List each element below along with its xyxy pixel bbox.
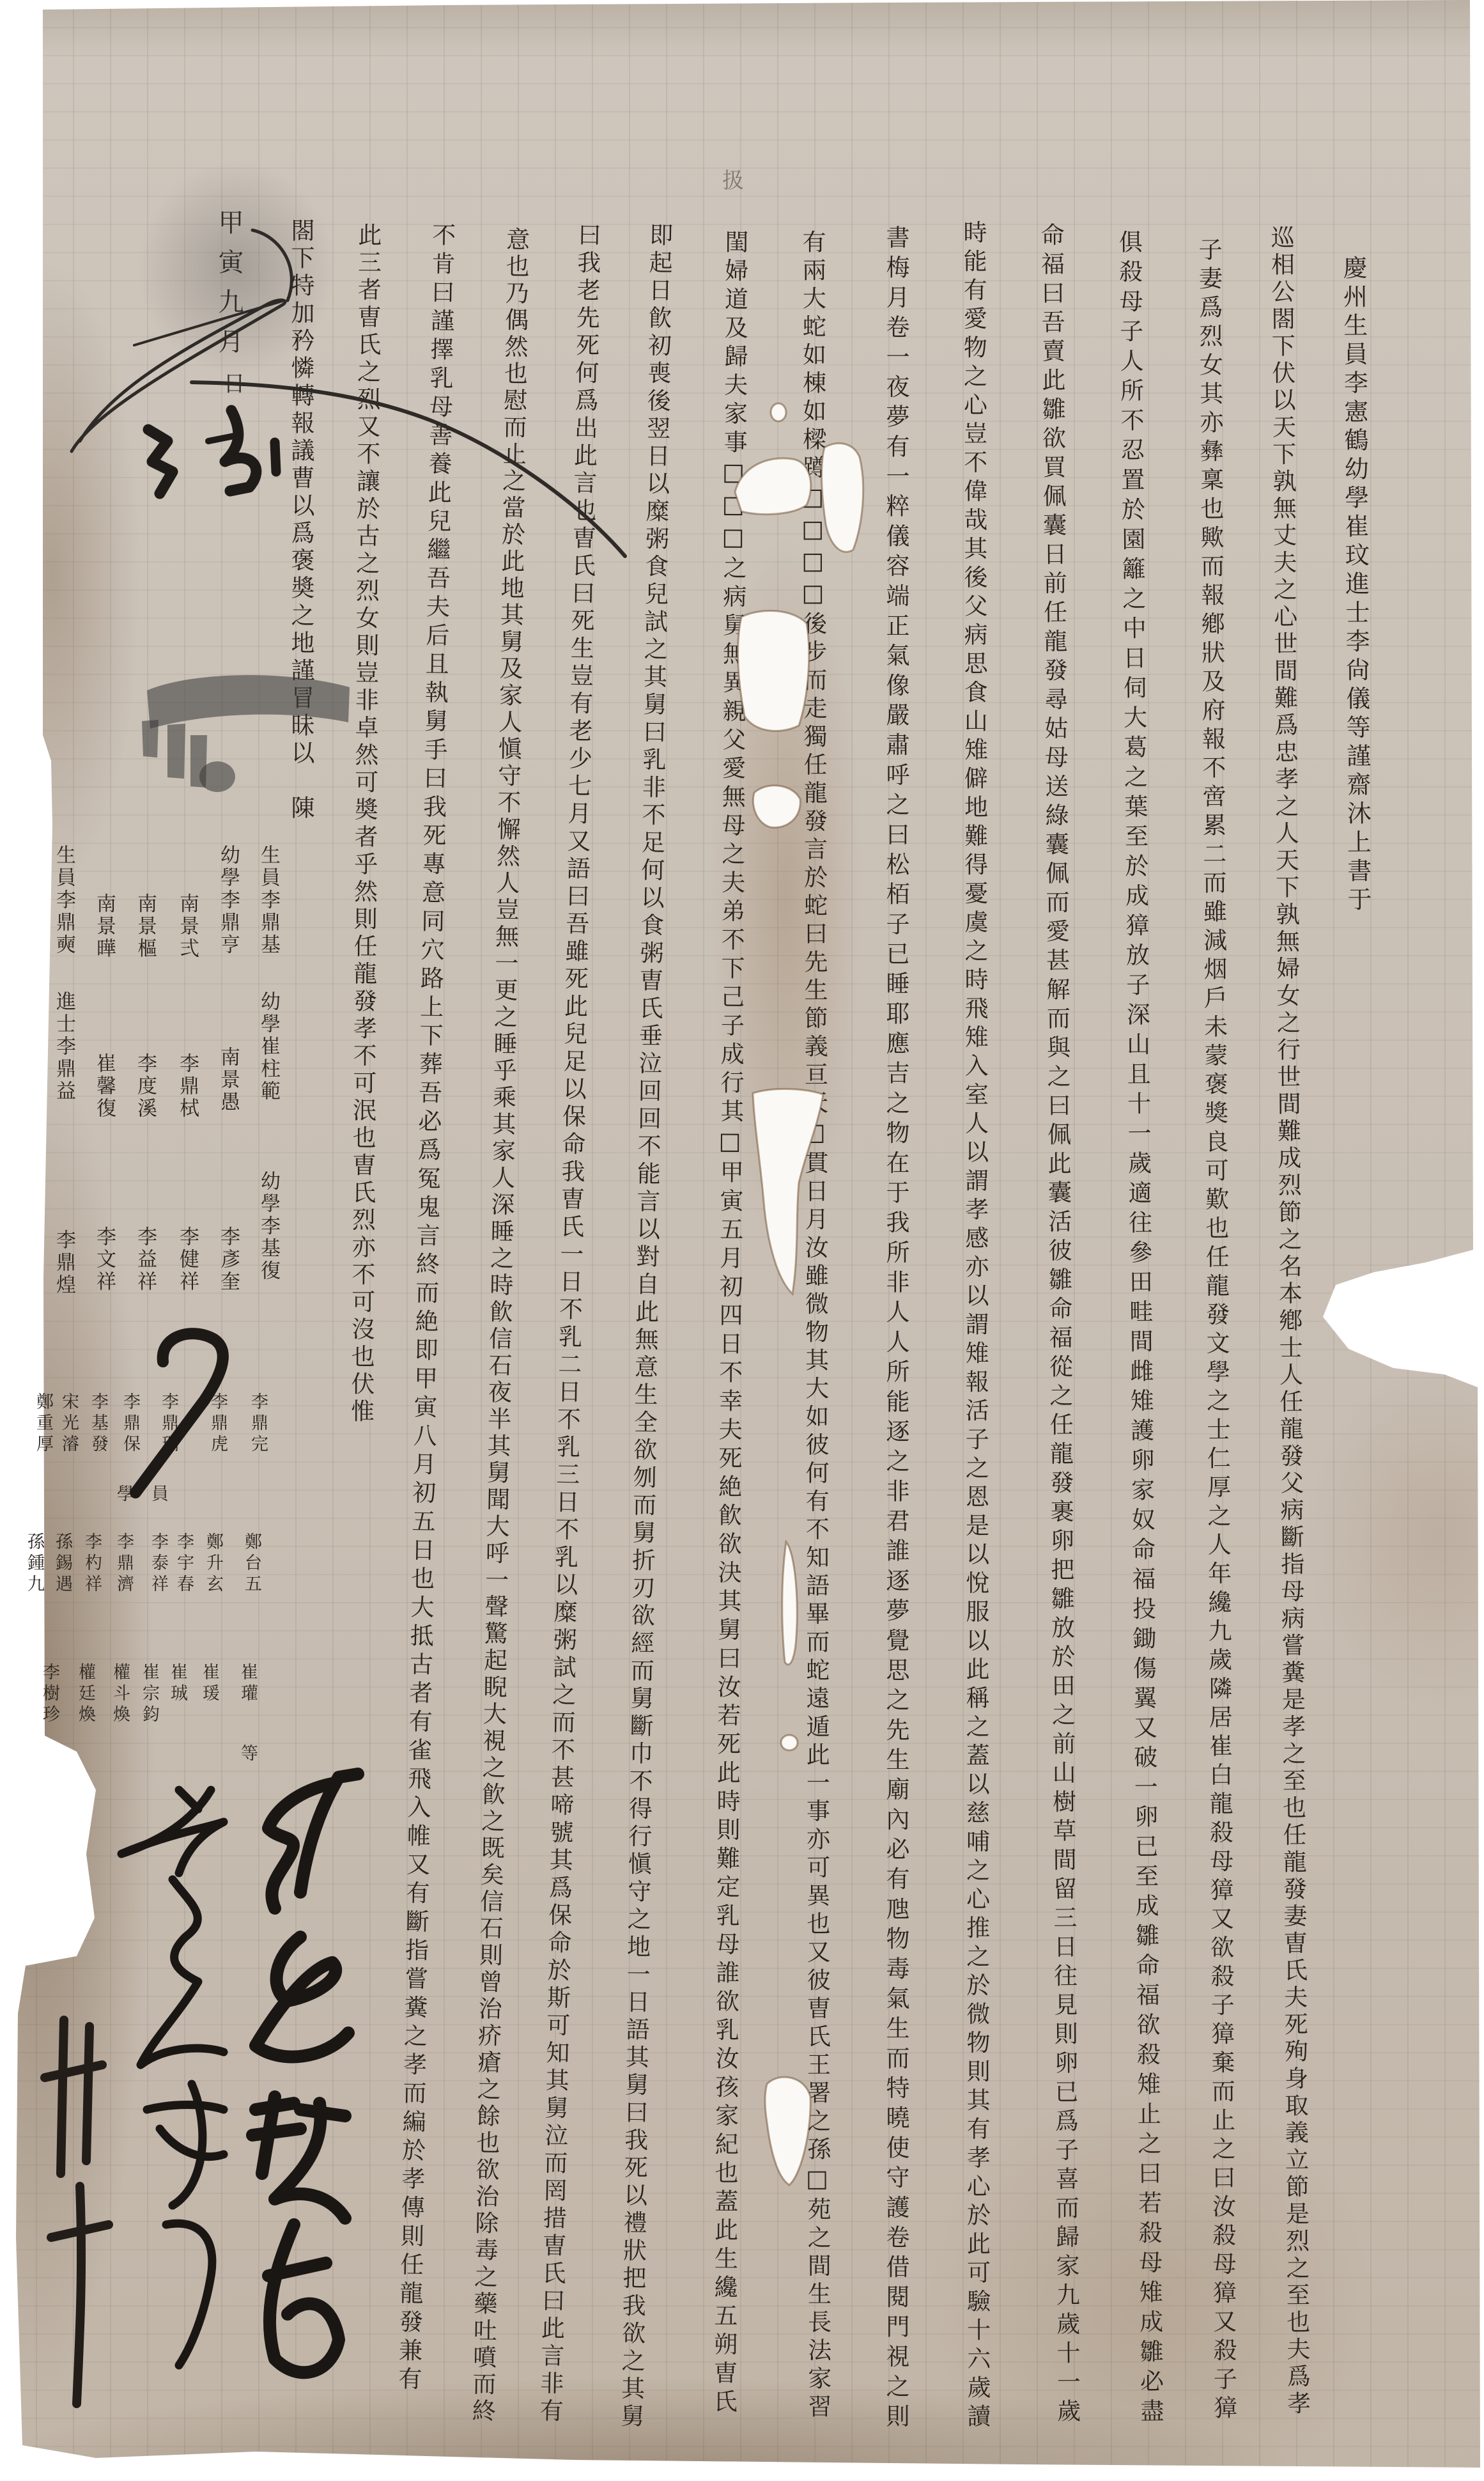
signatory: 幼學李基復 (258, 1171, 279, 1282)
signatory: 李宇春 (174, 1532, 193, 1596)
signatories-suffix: 等 (238, 1744, 257, 1765)
signatory: 生員李鼎奭 (53, 844, 75, 956)
signatory: 鄭升玄 (203, 1532, 222, 1596)
margin-annotation: 扱 (722, 163, 744, 194)
signatory: 崔馨復 (93, 1053, 115, 1120)
signatory: 孫鍾九 (24, 1532, 43, 1596)
signatory: 鄭重厚 (33, 1392, 52, 1456)
signatory: 南景曄 (93, 893, 115, 960)
date-day: 日 (216, 372, 248, 398)
signatory: 崔宗鈞 (139, 1663, 158, 1726)
signatory: 權廷煥 (75, 1663, 95, 1726)
signatory: 南景弍 (176, 893, 198, 960)
date-line: 甲寅九月 (213, 209, 245, 354)
signatory: 幼學崔柱範 (258, 991, 279, 1103)
signatory: 南景愚 (217, 1046, 239, 1114)
signatory-title: 學 (114, 1484, 133, 1505)
signatory: 李彥奎 (217, 1226, 239, 1293)
signatory: 李鼎濟 (114, 1532, 133, 1596)
signatory: 孫錫遇 (52, 1532, 72, 1596)
body-column: 書梅月卷一夜夢有一粹儀容端正氣像嚴肅呼之曰松栢子已睡耶應吉之物在于我所非人人所能… (881, 225, 909, 2427)
signatory: 李鼎瑞 (158, 1392, 178, 1456)
document-scan: 扱 慶州生員李憲鶴幼學崔玟進士李尙儀等謹齋沐上書于 巡相公閤下伏以天下孰無丈夫之… (0, 0, 1484, 2481)
signatory: 李鼎栻 (176, 1053, 198, 1120)
signatory: 李度溪 (134, 1053, 156, 1120)
signatory: 李鼎保 (120, 1392, 139, 1456)
signatory: 李樹珍 (40, 1663, 59, 1726)
signatory: 崔珹 (167, 1663, 187, 1705)
signatory-title: 員 (148, 1484, 167, 1505)
body-column: 有兩大蛇如棟如樑蹲□□□□後步而走獨任龍發言於蛇曰先生節義亘天□貫日月汝雖微物其… (798, 229, 831, 2418)
signatory: 李鼎完 (248, 1392, 267, 1456)
signatory: 生員李鼎基 (258, 844, 279, 956)
signatory: 李益祥 (134, 1226, 156, 1293)
signatory: 權斗煥 (110, 1663, 129, 1726)
signatory: 崔瓘 (238, 1663, 257, 1705)
signatory: 幼學李鼎亨 (217, 844, 239, 956)
signatory: 宋光濬 (59, 1392, 78, 1456)
signatory: 崔瑗 (199, 1663, 219, 1705)
signatory: 李泰祥 (148, 1532, 167, 1596)
signatory: 李鼎虎 (208, 1392, 227, 1456)
body-column-closing: 閤下特加矜憐轉報議曹以爲褒奬之地謹冒昧以 陳 (286, 218, 314, 819)
signatory: 李基發 (88, 1392, 107, 1456)
heading-column: 慶州生員李憲鶴幼學崔玟進士李尙儀等謹齋沐上書于 (1339, 255, 1372, 911)
signatory: 南景樞 (134, 893, 156, 960)
signatory: 進士李鼎益 (53, 991, 75, 1103)
signatory: 鄭台五 (242, 1532, 261, 1596)
signatory: 李文祥 (93, 1226, 115, 1293)
body-column: 時能有愛物之心豈不偉哉其後父病思食山雉僻地難得憂虞之時飛雉入室人以謂孝感亦以謂雉… (959, 220, 991, 2427)
signatory: 李杓祥 (82, 1532, 101, 1596)
signatory: 李鼎煌 (53, 1229, 75, 1296)
signatory: 李健祥 (176, 1226, 198, 1293)
